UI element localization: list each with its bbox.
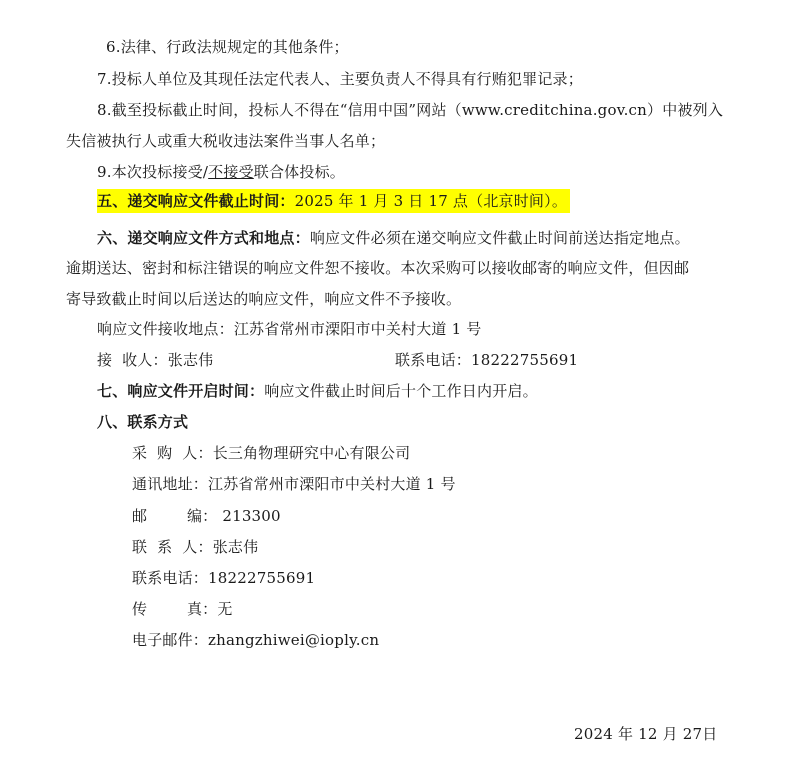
receiving-location: 响应文件接收地点：江苏省常州市溧阳市中关村大道 1 号 bbox=[97, 319, 482, 339]
contact-value: 213300 bbox=[217, 507, 280, 525]
item9-suffix: 联合体投标。 bbox=[254, 163, 345, 181]
contact-postcode: 邮 编： 213300 bbox=[132, 506, 281, 526]
section5-deadline: 五、递交响应文件截止时间：2025 年 1 月 3 日 17 点（北京时间）。 bbox=[97, 189, 570, 213]
contact-address: 通讯地址：江苏省常州市溧阳市中关村大道 1 号 bbox=[132, 474, 456, 494]
condition-item-8-line2: 失信被执行人或重大税收违法案件当事人名单； bbox=[66, 131, 385, 151]
item9-prefix: 9.本次投标接受/ bbox=[97, 163, 208, 181]
document-date: 2024 年 12 月 27日 bbox=[574, 724, 717, 744]
condition-item-6: 6.法律、行政法规规定的其他条件； bbox=[106, 37, 349, 57]
contact-value: 张志伟 bbox=[213, 538, 259, 556]
contact-label: 联系电话： bbox=[132, 569, 208, 587]
section6-line1: 六、递交响应文件方式和地点：响应文件必须在递交响应文件截止时间前送达指定地点。 bbox=[97, 228, 690, 248]
receiver-value: 张志伟 bbox=[168, 351, 214, 369]
contact-value: 长三角物理研究中心有限公司 bbox=[213, 444, 411, 462]
contact-label: 联 系 人： bbox=[132, 538, 213, 556]
section6-heading: 六、递交响应文件方式和地点： bbox=[97, 229, 310, 247]
condition-item-7: 7.投标人单位及其现任法定代表人、主要负责人不得具有行贿犯罪记录； bbox=[97, 69, 583, 89]
section6-line3: 寄导致截止时间以后送达的响应文件，响应文件不予接收。 bbox=[66, 289, 461, 309]
receiver-phone-label: 联系电话： bbox=[395, 351, 471, 369]
location-label: 响应文件接收地点： bbox=[97, 320, 234, 338]
section7-opening: 七、响应文件开启时间：响应文件截止时间后十个工作日内开启。 bbox=[97, 381, 538, 401]
contact-label: 采 购 人： bbox=[132, 444, 213, 462]
contact-value: 无 bbox=[217, 600, 232, 618]
contact-fax: 传 真：无 bbox=[132, 599, 233, 619]
receiver: 接 收人：张志伟 bbox=[97, 350, 213, 370]
contact-person: 联 系 人：张志伟 bbox=[132, 537, 258, 557]
condition-item-9: 9.本次投标接受/不接受联合体投标。 bbox=[97, 162, 345, 182]
contact-value: 江苏省常州市溧阳市中关村大道 1 号 bbox=[208, 475, 456, 493]
contact-value: zhangzhiwei@ioply.cn bbox=[208, 631, 379, 649]
contact-label: 通讯地址： bbox=[132, 475, 208, 493]
section8-heading: 八、联系方式 bbox=[97, 412, 188, 432]
contact-purchaser: 采 购 人：长三角物理研究中心有限公司 bbox=[132, 443, 410, 463]
section6-line2: 逾期送达、密封和标注错误的响应文件恕不接收。本次采购可以接收邮寄的响应文件，但因… bbox=[66, 258, 689, 278]
contact-phone: 联系电话：18222755691 bbox=[132, 568, 315, 588]
contact-label: 传 真： bbox=[132, 600, 217, 618]
receiver-phone-value: 18222755691 bbox=[471, 351, 578, 369]
section5-heading: 五、递交响应文件截止时间： bbox=[97, 192, 295, 210]
condition-item-8-line1: 8.截至投标截止时间，投标人不得在“信用中国”网站（www.creditchin… bbox=[97, 100, 723, 120]
contact-label: 邮 编： bbox=[132, 507, 217, 525]
section7-heading: 七、响应文件开启时间： bbox=[97, 382, 264, 400]
section7-value: 响应文件截止时间后十个工作日内开启。 bbox=[264, 382, 538, 400]
contact-label: 电子邮件： bbox=[132, 631, 208, 649]
contact-value: 18222755691 bbox=[208, 569, 315, 587]
item9-underlined: 不接受 bbox=[208, 163, 254, 181]
location-value: 江苏省常州市溧阳市中关村大道 1 号 bbox=[234, 320, 482, 338]
receiver-phone: 联系电话：18222755691 bbox=[395, 350, 578, 370]
contact-email: 电子邮件：zhangzhiwei@ioply.cn bbox=[132, 630, 379, 650]
receiver-label: 接 收人： bbox=[97, 351, 168, 369]
section6-text: 响应文件必须在递交响应文件截止时间前送达指定地点。 bbox=[310, 229, 690, 247]
section5-value: 2025 年 1 月 3 日 17 点（北京时间）。 bbox=[295, 192, 567, 210]
